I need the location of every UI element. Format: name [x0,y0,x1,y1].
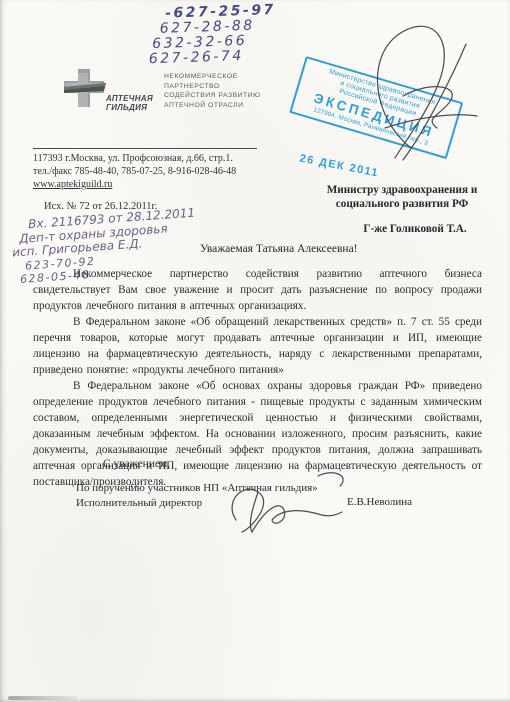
scanned-letter-page: -627-25-97 627-28-88 632-32-66 627-26-74… [0,0,510,702]
paragraph: В Федеральном законе «Об обращений лекар… [33,314,482,378]
org-type-lines: НЕКОММЕРЧЕСКОЕ ПАРТНЕРСТВО СОДЕЙСТВИЯ РА… [164,72,260,110]
scan-smudge [8,696,78,700]
closing-regards: С уважением, [103,458,170,470]
org-line: НЕКОММЕРЧЕСКОЕ [164,72,260,82]
sender-address-block: 117393 г.Москва, ул. Профсоюзная, д.66, … [33,148,257,191]
brand-name: АПТЕЧНАЯ ГИЛЬДИЯ [106,95,153,112]
recipient-block: Министру здравоохранения и социального р… [322,183,482,236]
paragraph: Некоммерческое партнерство содействия ра… [33,266,482,314]
org-line: ПАРТНЕРСТВО [164,82,260,92]
recipient-person: Г-же Голиковой Т.А. [348,222,482,236]
signer-name: Е.В.Неволина [347,496,412,508]
handwritten-number-line: 627-26-74 [149,48,278,67]
letter-body: Некоммерческое партнерство содействия ра… [33,266,482,490]
sender-website: www.aptekiguild.ru [33,178,257,191]
signature-icon [222,462,352,542]
pharmacy-cross-icon [62,67,108,111]
org-line: АПТЕЧНОЙ ОТРАСЛИ [164,101,260,111]
sender-address-line: 117393 г.Москва, ул. Профсоюзная, д.66, … [33,152,257,165]
org-line: СОДЕЙСТВИЯ РАЗВИТИЮ [164,91,260,101]
sender-phone-line: тел./факс 785-48-40, 785-07-25, 8-916-02… [33,165,257,178]
recipient-line: Министру здравоохранения и [322,183,482,197]
signature-icon [345,0,495,168]
salutation: Уважаемая Татьяна Алексеевна! [200,243,358,255]
brand-line: ГИЛЬДИЯ [106,104,153,113]
recipient-line: социального развития РФ [322,197,482,211]
handwritten-phone-numbers: -627-25-97 627-28-88 632-32-66 627-26-74 [151,3,278,67]
